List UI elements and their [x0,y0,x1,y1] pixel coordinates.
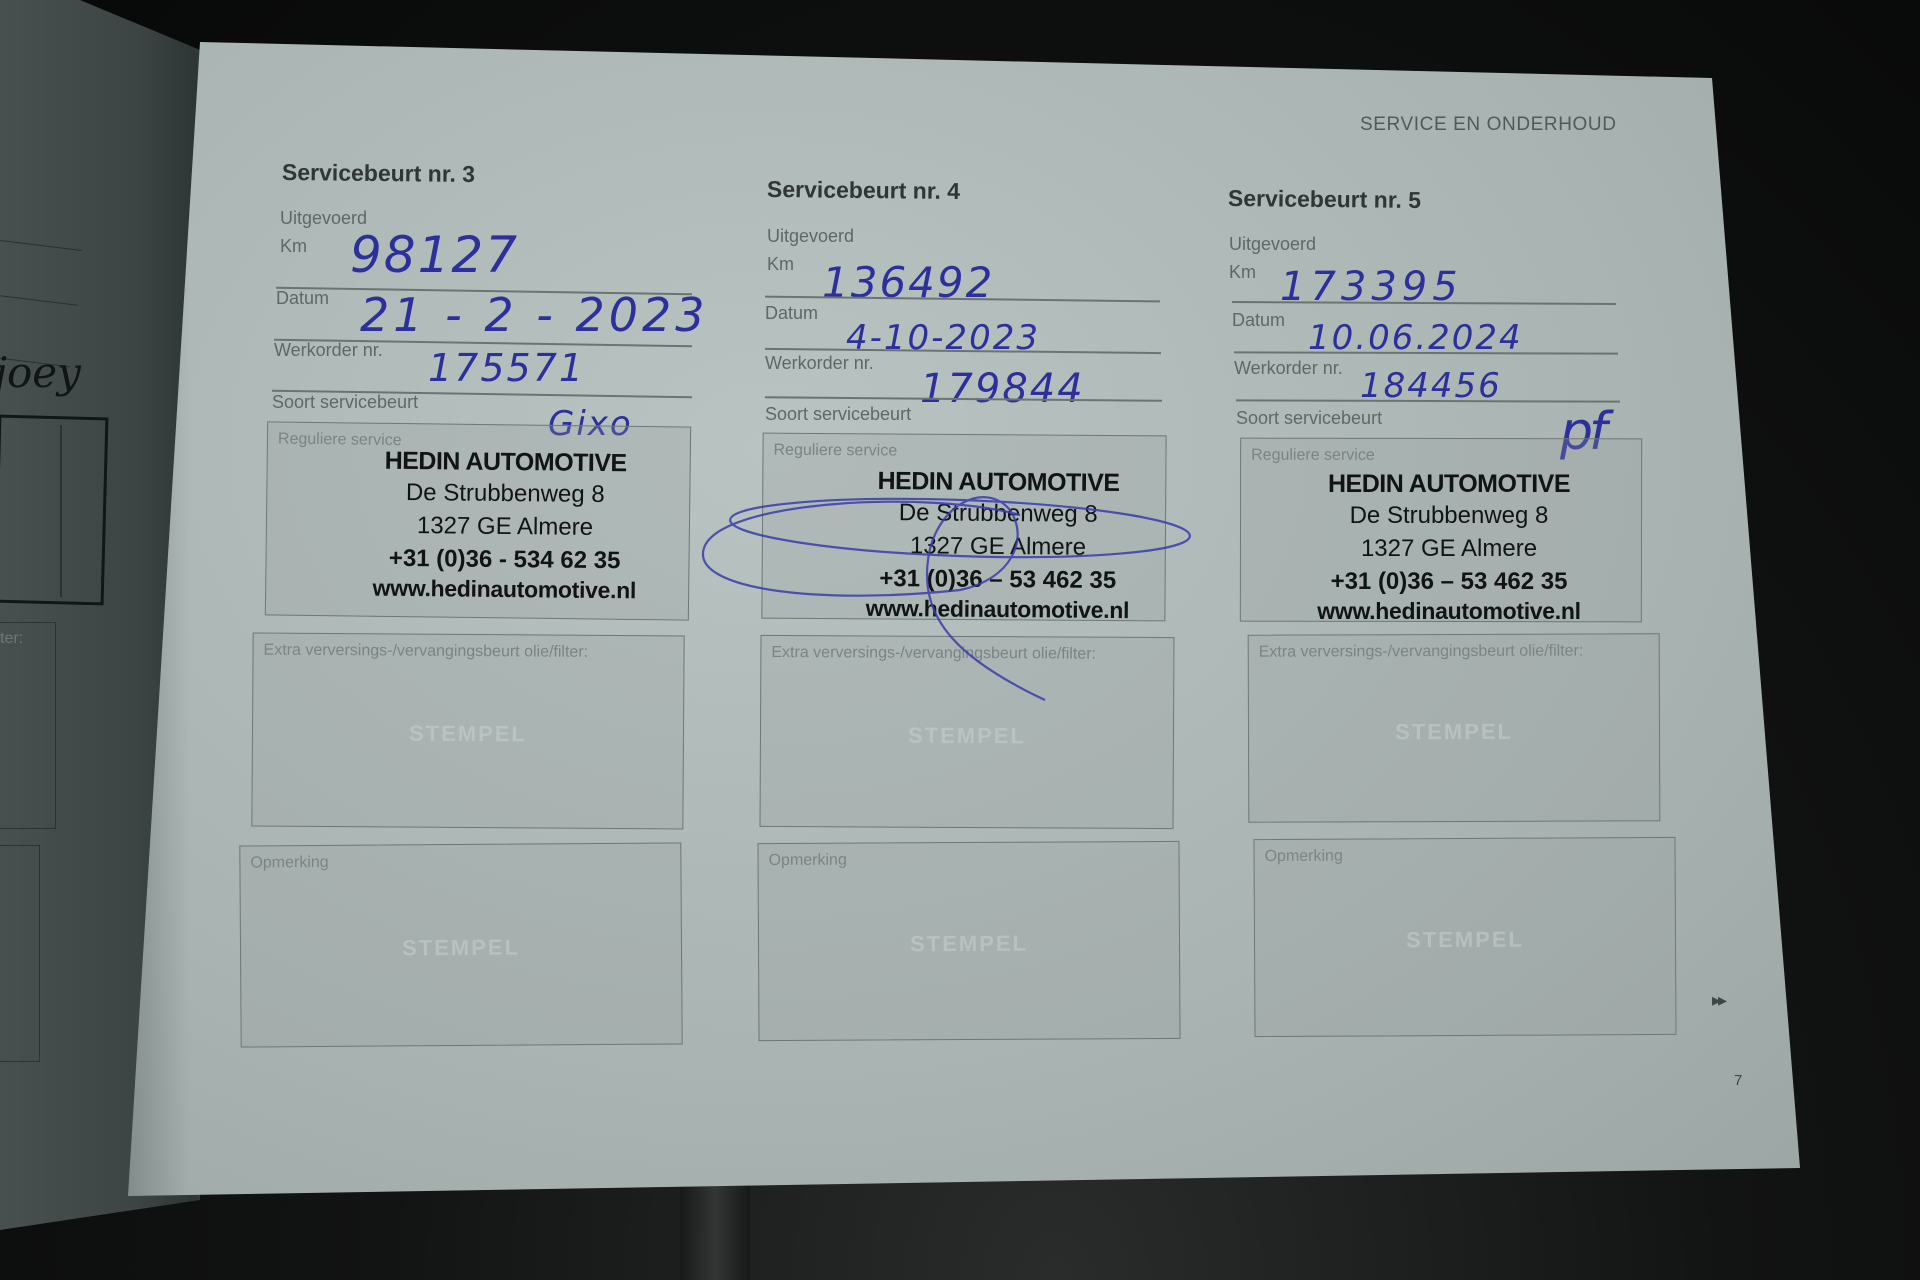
left-page-box [0,415,108,606]
work-order-label: Werkorder nr. [274,340,383,361]
stamp-city: 1327 GE Almere [340,508,670,544]
regular-service-label: Reguliere service [1251,447,1375,465]
left-page-rule [0,295,78,305]
page-number: 7 [1734,1072,1742,1089]
service-title: Servicebeurt nr. 5 [1228,185,1421,214]
remark-label: Opmerking [769,852,847,870]
service-title: Servicebeurt nr. 3 [282,159,475,188]
service-type-label: Soort servicebeurt [272,392,418,413]
extra-service-label: Extra verversings-/vervangingsbeurt olie… [263,642,588,662]
stamp-city: 1327 GE Almere [838,529,1158,565]
work-order-label: Werkorder nr. [1234,358,1343,379]
km-label: Km [280,236,307,257]
performed-label: Uitgevoerd [767,226,854,247]
service-booklet-page: SERVICE EN ONDERHOUD Servicebeurt nr. 3 … [0,0,1920,1280]
stamp-phone: +31 (0)36 – 53 462 35 [1284,565,1614,598]
stamp-city: 1327 GE Almere [1284,532,1614,565]
stamp-street: De Strubbenweg 8 [340,475,670,511]
service-title: Servicebeurt nr. 4 [767,176,960,205]
performed-label: Uitgevoerd [1229,234,1316,255]
service-type-label: Soort servicebeurt [1236,408,1382,429]
km-label: Km [767,254,794,275]
work-order-value: 175571 [428,346,585,390]
remark-label: Opmerking [250,854,328,873]
stamp-watermark: STEMPEL [241,933,681,962]
section-header: SERVICE EN ONDERHOUD [1360,114,1617,136]
remark-box: Opmerking STEMPEL [1253,837,1676,1037]
stamp-dealer-name: HEDIN AUTOMOTIVE [341,446,671,478]
work-order-value: 179844 [920,366,1085,412]
left-page-box [0,845,40,1062]
left-page-rule [0,240,82,251]
date-label: Datum [765,303,818,324]
left-page-label: ter: [0,630,23,648]
stamp-street: De Strubbenweg 8 [1284,499,1614,532]
km-value: 136492 [822,258,994,307]
km-value: 98127 [350,226,519,284]
stamp-street: De Strubbenweg 8 [838,496,1158,532]
stamp-watermark: STEMPEL [1255,926,1675,954]
dealer-stamp: HEDIN AUTOMOTIVE De Strubbenweg 8 1327 G… [1284,470,1614,625]
stamp-watermark: STEMPEL [1249,718,1659,745]
remark-label: Opmerking [1265,848,1343,866]
left-page-divider [60,425,62,597]
regular-service-label: Reguliere service [773,442,897,461]
stamp-watermark: STEMPEL [253,720,683,749]
stamp-website: www.hedinautomotive.nl [339,574,669,604]
left-page-box [0,622,56,829]
extra-service-box: Extra verversings-/vervangingsbeurt olie… [1248,633,1661,822]
extra-service-box: Extra verversings-/vervangingsbeurt olie… [251,632,684,829]
stamp-phone: +31 (0)36 - 534 62 35 [339,541,669,577]
left-page-handwriting: joey [0,348,81,397]
date-label: Datum [1232,310,1285,331]
remark-box: Opmerking STEMPEL [239,842,682,1047]
service-type-label: Soort servicebeurt [765,404,911,425]
dealer-stamp: HEDIN AUTOMOTIVE De Strubbenweg 8 1327 G… [339,446,671,604]
km-label: Km [1229,262,1256,283]
extra-service-label: Extra verversings-/vervangingsbeurt olie… [1259,643,1584,662]
stamp-website: www.hedinautomotive.nl [837,595,1157,625]
date-label: Datum [276,288,329,309]
stamp-website: www.hedinautomotive.nl [1284,598,1614,625]
remark-box: Opmerking STEMPEL [757,841,1180,1041]
stamp-watermark: STEMPEL [761,721,1173,749]
work-order-label: Werkorder nr. [765,353,874,374]
extra-service-label: Extra verversings-/vervangingsbeurt olie… [771,644,1096,664]
stamp-phone: +31 (0)36 – 53 462 35 [838,562,1158,598]
stamp-dealer-name: HEDIN AUTOMOTIVE [838,467,1158,499]
next-page-arrows-icon: ▸▸ [1712,990,1724,1011]
extra-service-box: Extra verversings-/vervangingsbeurt olie… [760,635,1175,829]
date-value: 21 - 2 - 2023 [360,288,709,342]
stamp-dealer-name: HEDIN AUTOMOTIVE [1284,470,1614,499]
dealer-stamp: HEDIN AUTOMOTIVE De Strubbenweg 8 1327 G… [837,467,1158,625]
stamp-watermark: STEMPEL [759,930,1179,958]
